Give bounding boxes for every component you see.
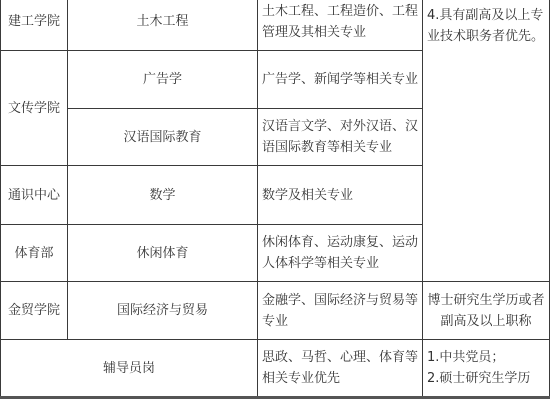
major-cell: 土木工程、工程造价、工程管理及其相关专业 bbox=[258, 0, 423, 51]
requirement-cell: 博士研究生学历或者副高及以上职称 bbox=[423, 282, 550, 340]
major-cell: 金融学、国际经济与贸易等专业 bbox=[258, 282, 423, 340]
college-cell: 体育部 bbox=[1, 225, 68, 282]
position-cell: 汉语国际教育 bbox=[68, 109, 258, 166]
college-cell: 通识中心 bbox=[1, 166, 68, 225]
requirement-cell: 1.中共党员； 2.硕士研究生学历 bbox=[423, 340, 550, 398]
position-cell: 数学 bbox=[68, 166, 258, 225]
major-cell: 汉语言文学、对外汉语、汉语国际教育等相关专业 bbox=[258, 109, 423, 166]
requirement-cell: 4.具有副高及以上专业技术职务者优先。 bbox=[423, 0, 550, 282]
requirement-line: 1.中共党员； bbox=[427, 347, 545, 368]
table-row: 金贸学院 国际经济与贸易 金融学、国际经济与贸易等专业 博士研究生学历或者副高及… bbox=[1, 282, 550, 340]
position-cell: 辅导员岗 bbox=[1, 340, 258, 398]
table-row: 辅导员岗 思政、马哲、心理、体育等相关专业优先 1.中共党员； 2.硕士研究生学… bbox=[1, 340, 550, 398]
major-cell: 数学及相关专业 bbox=[258, 166, 423, 225]
college-cell: 建工学院 bbox=[1, 0, 68, 51]
position-cell: 土木工程 bbox=[68, 0, 258, 51]
position-cell: 休闲体育 bbox=[68, 225, 258, 282]
recruitment-table: 建工学院 土木工程 土木工程、工程造价、工程管理及其相关专业 4.具有副高及以上… bbox=[0, 0, 550, 399]
table-row: 建工学院 土木工程 土木工程、工程造价、工程管理及其相关专业 4.具有副高及以上… bbox=[1, 0, 550, 51]
major-cell: 思政、马哲、心理、体育等相关专业优先 bbox=[258, 340, 423, 398]
major-cell: 广告学、新闻学等相关专业 bbox=[258, 51, 423, 109]
college-cell: 金贸学院 bbox=[1, 282, 68, 340]
requirement-line: 2.硕士研究生学历 bbox=[427, 368, 545, 389]
major-cell: 休闲体育、运动康复、运动人体科学等相关专业 bbox=[258, 225, 423, 282]
position-cell: 国际经济与贸易 bbox=[68, 282, 258, 340]
position-cell: 广告学 bbox=[68, 51, 258, 109]
college-cell: 文传学院 bbox=[1, 51, 68, 166]
